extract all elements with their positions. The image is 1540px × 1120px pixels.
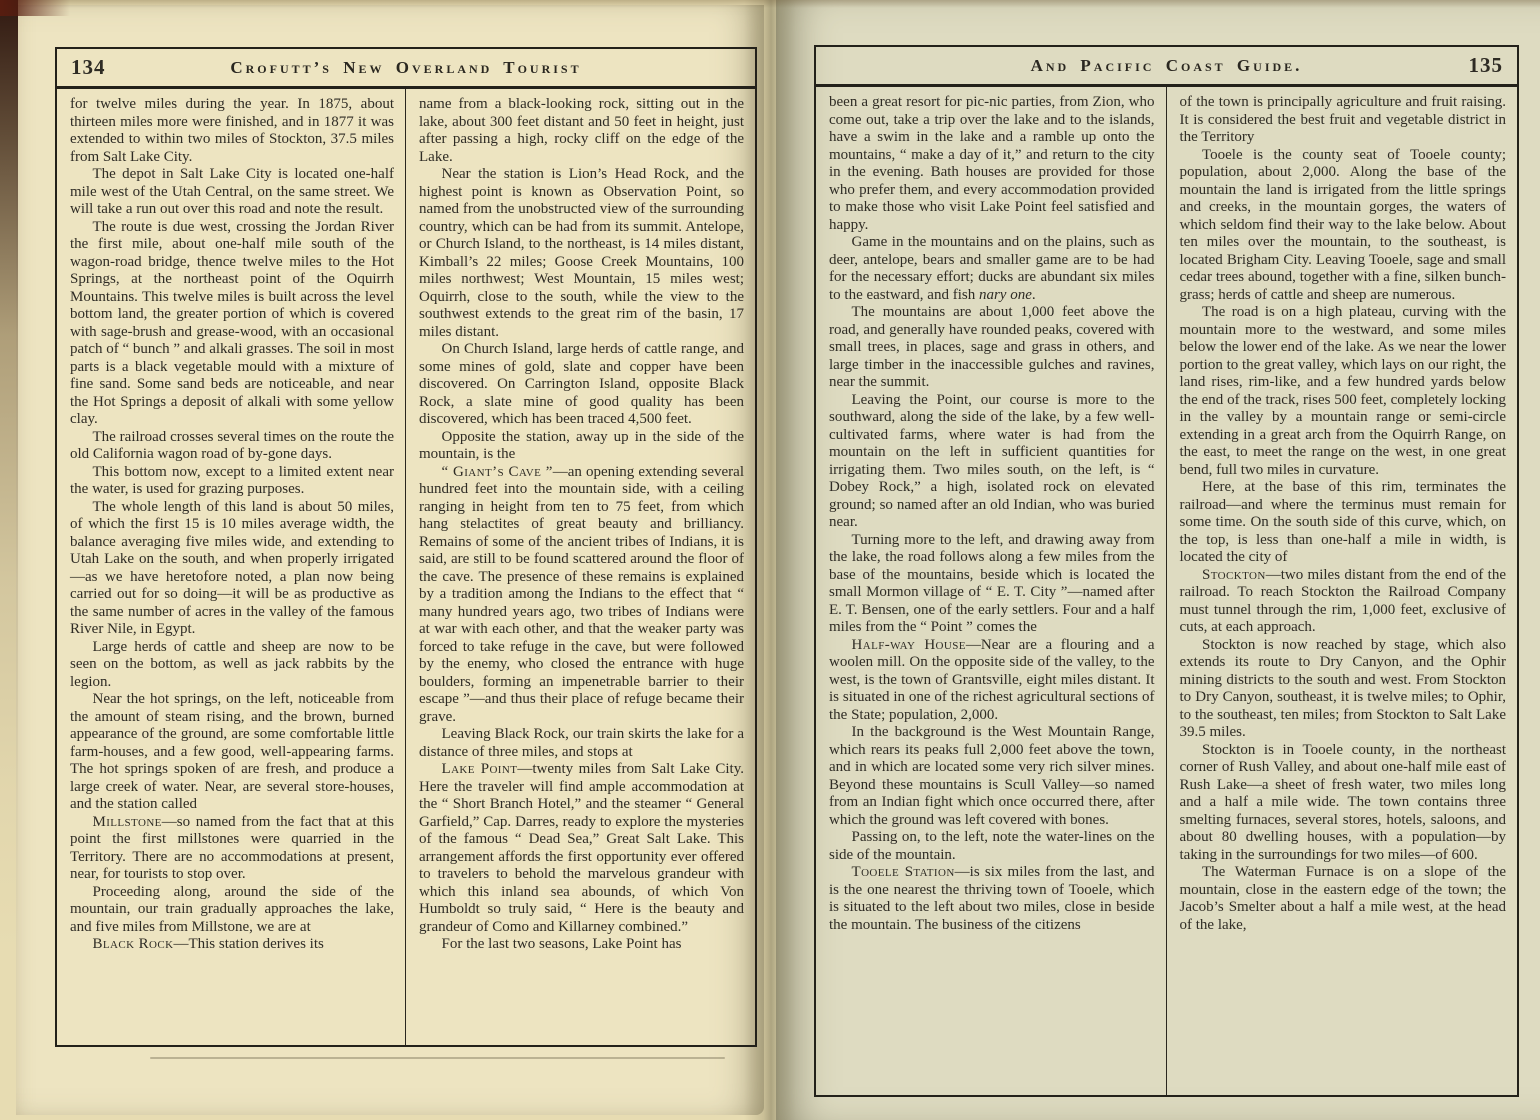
paragraph: Passing on, to the left, note the water-…	[829, 829, 1155, 864]
paragraph: This bottom now, except to a limited ext…	[70, 464, 394, 499]
paragraph-text: The route is due west, crossing the Jord…	[70, 219, 394, 428]
text-columns-left-page: for twelve miles during the year. In 187…	[57, 89, 755, 1045]
paragraph-text: Large herds of cattle and sheep are now …	[70, 639, 394, 690]
paragraph: Black Rock—This station derives its	[70, 936, 394, 954]
paragraph-text: for twelve miles during the year. In 187…	[70, 96, 394, 165]
station-name: “ Giant’s Cave ”	[442, 464, 553, 480]
paragraph: The Waterman Furnace is on a slope of th…	[1180, 864, 1507, 934]
paragraph: for twelve miles during the year. In 187…	[70, 96, 394, 166]
paragraph-text: Tooele is the county seat of Tooele coun…	[1180, 147, 1507, 303]
paragraph-text: of the town is principally agriculture a…	[1180, 94, 1507, 145]
paragraph-text: Game in the mountains and on the plains,…	[829, 234, 1155, 303]
paragraph-text: The whole length of this land is about 5…	[70, 499, 394, 638]
column-1: for twelve miles during the year. In 187…	[57, 89, 406, 1045]
paragraph: On Church Island, large herds of cattle …	[419, 341, 744, 429]
paragraph: Near the hot springs, on the left, notic…	[70, 691, 394, 814]
paragraph: Opposite the station, away up in the sid…	[419, 429, 744, 464]
paragraph-text: Stockton is now reached by stage, which …	[1180, 637, 1507, 741]
paragraph: The route is due west, crossing the Jord…	[70, 219, 394, 429]
paragraph: been a great resort for pic-nic parties,…	[829, 94, 1155, 234]
text-columns-right-page: been a great resort for pic-nic parties,…	[816, 87, 1517, 1095]
next-page-edge	[150, 1057, 725, 1059]
paragraph: Tooele is the county seat of Tooele coun…	[1180, 147, 1507, 305]
running-head-left: 134 Crofutt’s New Overland Tourist	[57, 49, 755, 89]
paragraph-text: Turning more to the left, and drawing aw…	[829, 532, 1155, 636]
paragraph: The whole length of this land is about 5…	[70, 499, 394, 639]
paragraph: For the last two seasons, Lake Point has	[419, 936, 744, 954]
running-title-right: And Pacific Coast Guide.	[900, 56, 1433, 76]
paragraph: The road is on a high plateau, curving w…	[1180, 304, 1507, 479]
paragraph-text: —This station derives its	[173, 936, 323, 952]
paragraph-text: Proceeding along, around the side of the…	[70, 884, 394, 935]
station-name: Tooele Station	[852, 864, 955, 880]
paragraph: name from a black-looking rock, sitting …	[419, 96, 744, 166]
column-4: of the town is principally agriculture a…	[1167, 87, 1518, 1095]
paragraph-text: Stockton is in Tooele county, in the nor…	[1180, 742, 1507, 863]
paragraph-text: Near the hot springs, on the left, notic…	[70, 691, 394, 812]
paragraph: Leaving the Point, our course is more to…	[829, 392, 1155, 532]
station-name: Lake Point	[442, 761, 518, 777]
page-134: 134 Crofutt’s New Overland Tourist for t…	[55, 47, 757, 1047]
paragraph: Stockton—two miles distant from the end …	[1180, 567, 1507, 637]
paragraph-text: been a great resort for pic-nic parties,…	[829, 94, 1155, 233]
paragraph: of the town is principally agriculture a…	[1180, 94, 1507, 147]
paragraph: Proceeding along, around the side of the…	[70, 884, 394, 937]
paragraph-text: Leaving the Point, our course is more to…	[829, 392, 1155, 531]
station-name: Black Rock	[93, 936, 174, 952]
paragraph: Turning more to the left, and drawing aw…	[829, 532, 1155, 637]
station-name: Half-way House	[852, 637, 966, 653]
paragraph: Here, at the base of this rim, terminate…	[1180, 479, 1507, 567]
paragraph: Large herds of cattle and sheep are now …	[70, 639, 394, 692]
paragraph-text: Here, at the base of this rim, terminate…	[1180, 479, 1507, 565]
station-name: Millstone	[93, 814, 162, 830]
paragraph: Lake Point—twenty miles from Salt Lake C…	[419, 761, 744, 936]
column-2: name from a black-looking rock, sitting …	[406, 89, 755, 1045]
paragraph-text: —an opening extending several hundred fe…	[419, 464, 744, 725]
paragraph: The mountains are about 1,000 feet above…	[829, 304, 1155, 392]
running-title-left: Crofutt’s New Overland Tourist	[141, 58, 671, 78]
page-number-left: 134	[71, 55, 141, 80]
paragraph-text: The mountains are about 1,000 feet above…	[829, 304, 1155, 390]
paragraph-text: The road is on a high plateau, curving w…	[1180, 304, 1507, 478]
running-head-right: And Pacific Coast Guide. 135	[816, 47, 1517, 87]
paragraph-text: Opposite the station, away up in the sid…	[419, 429, 744, 463]
page-135: And Pacific Coast Guide. 135 been a grea…	[814, 45, 1519, 1097]
paragraph: Game in the mountains and on the plains,…	[829, 234, 1155, 304]
paragraph-text: Leaving Black Rock, our train skirts the…	[419, 726, 744, 760]
paragraph: Leaving Black Rock, our train skirts the…	[419, 726, 744, 761]
paragraph-text: This bottom now, except to a limited ext…	[70, 464, 394, 498]
paragraph: Stockton is in Tooele county, in the nor…	[1180, 742, 1507, 865]
paragraph: The depot in Salt Lake City is located o…	[70, 166, 394, 219]
paragraph-text: The railroad crosses several times on th…	[70, 429, 394, 463]
column-3: been a great resort for pic-nic parties,…	[816, 87, 1167, 1095]
paragraph: Near the station is Lion’s Head Rock, an…	[419, 166, 744, 341]
station-name: Stockton	[1202, 567, 1266, 583]
paragraph: The railroad crosses several times on th…	[70, 429, 394, 464]
paragraph: Half-way House—Near are a flouring and a…	[829, 637, 1155, 725]
paragraph-text: Passing on, to the left, note the water-…	[829, 829, 1155, 863]
paragraph-text: name from a black-looking rock, sitting …	[419, 96, 744, 165]
paragraph: “ Giant’s Cave ”—an opening extending se…	[419, 464, 744, 727]
paragraph: Tooele Station—is six miles from the las…	[829, 864, 1155, 934]
paragraph: Stockton is now reached by stage, which …	[1180, 637, 1507, 742]
paragraph-text: For the last two seasons, Lake Point has	[442, 936, 682, 952]
paragraph-text: The Waterman Furnace is on a slope of th…	[1180, 864, 1507, 933]
paragraph-text: The depot in Salt Lake City is located o…	[70, 166, 394, 217]
paragraph-text: On Church Island, large herds of cattle …	[419, 341, 744, 427]
page-number-right: 135	[1433, 53, 1503, 78]
paragraph: In the background is the West Mountain R…	[829, 724, 1155, 829]
paragraph: Millstone—so named from the fact that at…	[70, 814, 394, 884]
paragraph-text: In the background is the West Mountain R…	[829, 724, 1155, 828]
paragraph-text: Near the station is Lion’s Head Rock, an…	[419, 166, 744, 340]
paragraph-text: —twenty miles from Salt Lake City. Here …	[419, 761, 744, 935]
